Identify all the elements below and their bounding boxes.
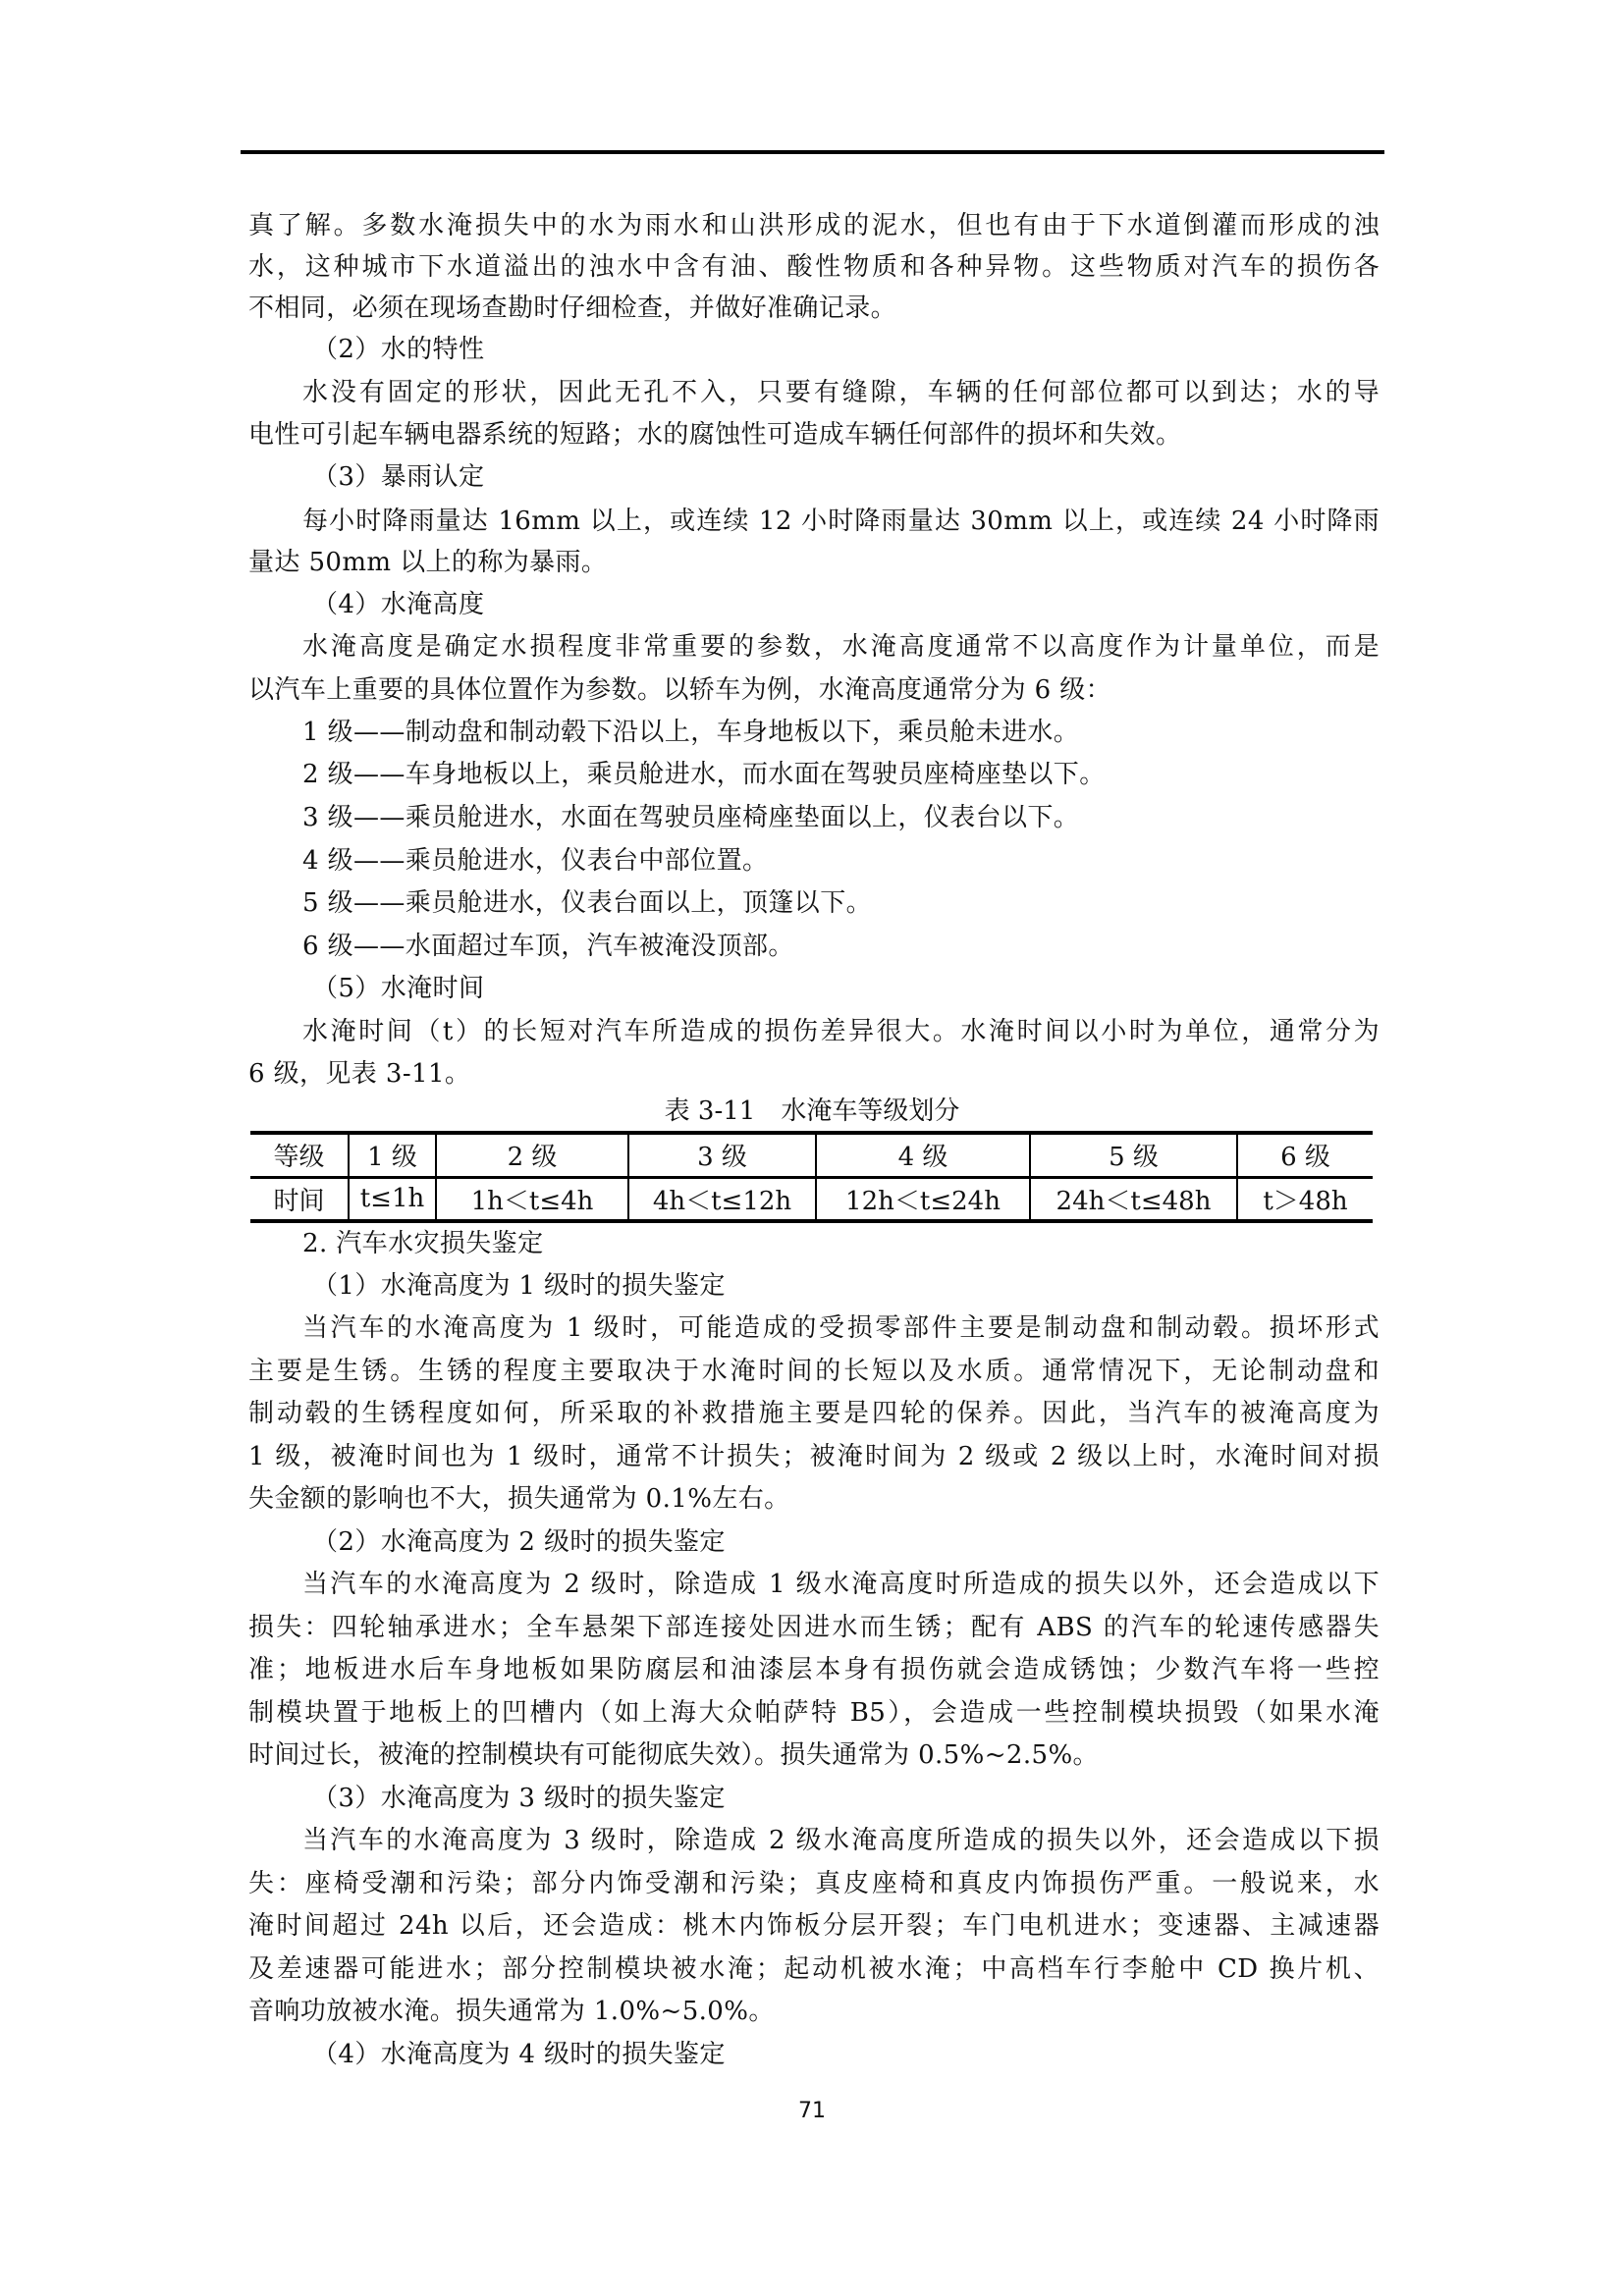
paragraph-line: 每小时降雨量达 16mm 以上，或连续 12 小时降雨量达 30mm 以上，或连…: [302, 500, 1380, 543]
table-cell: 时间: [250, 1177, 349, 1221]
paragraph-line: 5 级——乘员舱进水，仪表台面以上，顶篷以下。: [302, 881, 1380, 925]
paragraph-line: 2 级——车身地板以上，乘员舱进水，而水面在驾驶员座椅座垫以下。: [302, 753, 1380, 796]
paragraph-line: 时间过长，被淹的控制模块有可能彻底失效）。损失通常为 0.5%~2.5%。: [248, 1734, 1380, 1777]
paragraph-line: 失金额的影响也不大，损失通常为 0.1%左右。: [248, 1477, 1380, 1521]
paragraph-line: 损失：四轮轴承进水；全车悬架下部连接处因进水而生锈；配有 ABS 的汽车的轮速传…: [248, 1606, 1380, 1649]
table-cell: 6 级: [1237, 1133, 1373, 1177]
section-heading: （3）暴雨认定: [312, 455, 484, 499]
section-heading: （4）水淹高度为 4 级时的损失鉴定: [312, 2033, 726, 2076]
table-cell: 4h＜t≤12h: [628, 1177, 816, 1221]
paragraph-line: 3 级——乘员舱进水，水面在驾驶员座椅座垫面以上，仪表台以下。: [302, 796, 1380, 839]
section-heading: （2）水的特性: [312, 328, 484, 371]
paragraph-line: 电性可引起车辆电器系统的短路；水的腐蚀性可造成车辆任何部件的损坏和失效。: [248, 413, 1380, 456]
paragraph-line: 水，这种城市下水道溢出的浊水中含有油、酸性物质和各种异物。这些物质对汽车的损伤各: [248, 245, 1380, 289]
paragraph-line: 水淹时间（t）的长短对汽车所造成的损伤差异很大。水淹时间以小时为单位，通常分为: [302, 1010, 1380, 1053]
paragraph-line: 制模块置于地板上的凹槽内（如上海大众帕萨特 B5），会造成一些控制模块损毁（如果…: [248, 1691, 1380, 1735]
paragraph-line: 水没有固定的形状，因此无孔不入，只要有缝隙，车辆的任何部位都可以到达；水的导: [302, 371, 1380, 414]
section-heading: （5）水淹时间: [312, 967, 484, 1010]
paragraph-line: 当汽车的水淹高度为 3 级时，除造成 2 级水淹高度所造成的损失以外，还会造成以…: [302, 1819, 1380, 1862]
table-cell: 1 级: [349, 1133, 436, 1177]
paragraph-line: 6 级，见表 3-11。: [248, 1052, 1380, 1095]
paragraph-line: 6 级——水面超过车顶，汽车被淹没顶部。: [302, 925, 1380, 968]
table-row: 时间 t≤1h 1h＜t≤4h 4h＜t≤12h 12h＜t≤24h 24h＜t…: [250, 1177, 1373, 1221]
table-cell: 12h＜t≤24h: [816, 1177, 1030, 1221]
table-cell: t≤1h: [349, 1177, 436, 1221]
paragraph-line: 当汽车的水淹高度为 1 级时，可能造成的受损零部件主要是制动盘和制动毂。损坏形式: [302, 1307, 1380, 1350]
paragraph-line: 淹时间超过 24h 以后，还会造成：桃木内饰板分层开裂；车门电机进水；变速器、主…: [248, 1904, 1380, 1948]
page-number: 71: [0, 2099, 1624, 2123]
paragraph-line: 主要是生锈。生锈的程度主要取决于水淹时间的长短以及水质。通常情况下，无论制动盘和: [248, 1350, 1380, 1393]
table-cell: 4 级: [816, 1133, 1030, 1177]
paragraph-line: 当汽车的水淹高度为 2 级时，除造成 1 级水淹高度时所造成的损失以外，还会造成…: [302, 1563, 1380, 1606]
paragraph-line: 准；地板进水后车身地板如果防腐层和油漆层本身有损伤就会造成锈蚀；少数汽车将一些控: [248, 1648, 1380, 1691]
paragraph-line: 真了解。多数水淹损失中的水为雨水和山洪形成的泥水，但也有由于下水道倒灌而形成的浊: [248, 204, 1380, 247]
section-heading: （2）水淹高度为 2 级时的损失鉴定: [312, 1521, 726, 1564]
table-cell: 3 级: [628, 1133, 816, 1177]
table-cell: 1h＜t≤4h: [436, 1177, 628, 1221]
table-cell: 2 级: [436, 1133, 628, 1177]
paragraph-line: 及差速器可能进水；部分控制模块被水淹；起动机被水淹；中高档车行李舱中 CD 换片…: [248, 1948, 1380, 1991]
table-cell: t＞48h: [1237, 1177, 1373, 1221]
paragraph-line: 水淹高度是确定水损程度非常重要的参数，水淹高度通常不以高度作为计量单位，而是: [302, 625, 1380, 668]
paragraph-line: 1 级——制动盘和制动毂下沿以上，车身地板以下，乘员舱未进水。: [302, 711, 1380, 754]
paragraph-line: 1 级，被淹时间也为 1 级时，通常不计损失；被淹时间为 2 级或 2 级以上时…: [248, 1435, 1380, 1478]
paragraph-line: 音响功放被水淹。损失通常为 1.0%~5.0%。: [248, 1990, 1380, 2033]
flood-grade-table: 等级 1 级 2 级 3 级 4 级 5 级 6 级 时间 t≤1h 1h＜t≤…: [250, 1131, 1373, 1223]
header-rule: [241, 150, 1384, 154]
table-caption: 表 3-11 水淹车等级划分: [0, 1092, 1624, 1131]
paragraph-line: 2. 汽车水灾损失鉴定: [302, 1222, 1380, 1265]
table-cell: 24h＜t≤48h: [1030, 1177, 1237, 1221]
paragraph-line: 制动毂的生锈程度如何，所采取的补救措施主要是四轮的保养。因此，当汽车的被淹高度为: [248, 1392, 1380, 1435]
paragraph-line: 失：座椅受潮和污染；部分内饰受潮和污染；真皮座椅和真皮内饰损伤严重。一般说来，水: [248, 1862, 1380, 1905]
paragraph-line: 量达 50mm 以上的称为暴雨。: [248, 541, 1380, 584]
section-heading: （1）水淹高度为 1 级时的损失鉴定: [312, 1264, 726, 1308]
table-cell: 5 级: [1030, 1133, 1237, 1177]
table-header-row: 等级 1 级 2 级 3 级 4 级 5 级 6 级: [250, 1133, 1373, 1177]
paragraph-line: 4 级——乘员舱进水，仪表台中部位置。: [302, 839, 1380, 882]
table-cell: 等级: [250, 1133, 349, 1177]
section-heading: （4）水淹高度: [312, 583, 484, 626]
paragraph-line: 以汽车上重要的具体位置作为参数。以轿车为例，水淹高度通常分为 6 级：: [248, 668, 1380, 712]
section-heading: （3）水淹高度为 3 级时的损失鉴定: [312, 1777, 726, 1820]
paragraph-line: 不相同，必须在现场查勘时仔细检查，并做好准确记录。: [248, 287, 1380, 330]
